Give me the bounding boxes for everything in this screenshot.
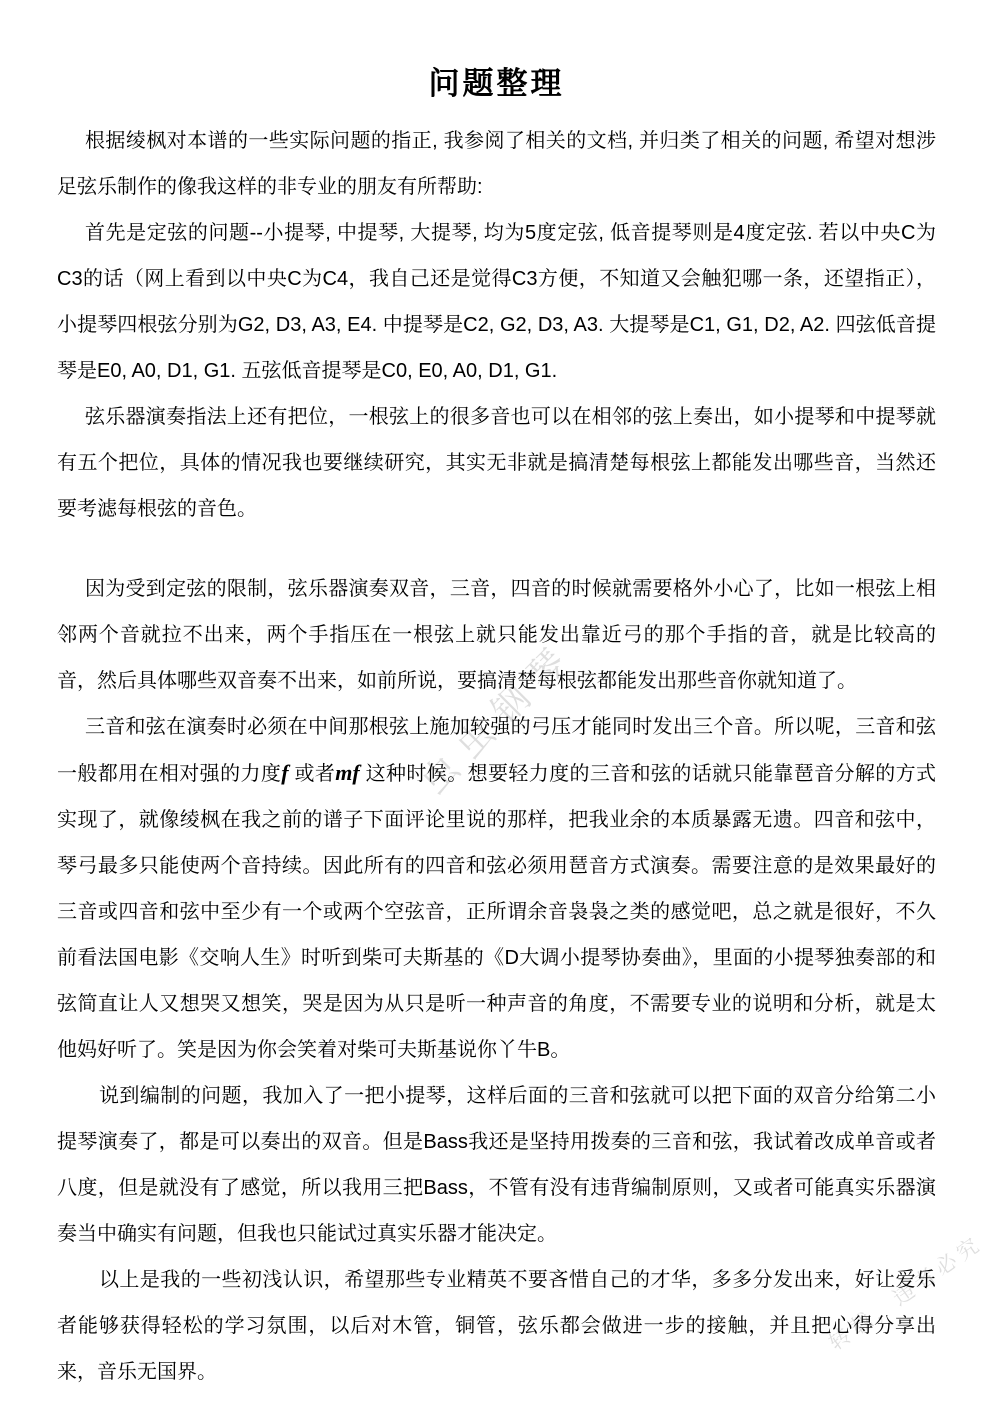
dynamic-marking: f [281, 760, 288, 785]
page-title: 问题整理 [0, 0, 993, 104]
paragraph-text: 因为受到定弦的限制，弦乐器演奏双音，三音，四音的时候就需要格外小心了，比如一根弦… [57, 578, 936, 692]
document-body: 根据绫枫对本谱的一些实际问题的指正, 我参阅了相关的文档, 并归类了相关的问题,… [57, 118, 936, 1395]
paragraph-text: 以上是我的一些初浅认识，希望那些专业精英不要吝惜自己的才华，多多分发出来，好让爱… [57, 1269, 936, 1383]
paragraph: 弦乐器演奏指法上还有把位，一根弦上的很多音也可以在相邻的弦上奏出，如小提琴和中提… [57, 394, 936, 532]
paragraph: 说到编制的问题，我加入了一把小提琴，这样后面的三音和弦就可以把下面的双音分给第二… [57, 1073, 936, 1257]
paragraph: 以上是我的一些初浅认识，希望那些专业精英不要吝惜自己的才华，多多分发出来，好让爱… [57, 1257, 936, 1395]
paragraph: 首先是定弦的问题--小提琴, 中提琴, 大提琴, 均为5度定弦, 低音提琴则是4… [57, 210, 936, 394]
paragraph-text: 说到编制的问题，我加入了一把小提琴，这样后面的三音和弦就可以把下面的双音分给第二… [57, 1085, 936, 1245]
paragraph-text: 首先是定弦的问题--小提琴, 中提琴, 大提琴, 均为5度定弦, 低音提琴则是4… [57, 222, 936, 382]
paragraph: 根据绫枫对本谱的一些实际问题的指正, 我参阅了相关的文档, 并归类了相关的问题,… [57, 118, 936, 210]
paragraph-text: 根据绫枫对本谱的一些实际问题的指正, 我参阅了相关的文档, 并归类了相关的问题,… [57, 130, 936, 198]
paragraph: 因为受到定弦的限制，弦乐器演奏双音，三音，四音的时候就需要格外小心了，比如一根弦… [57, 566, 936, 704]
document-page: 虫虫钢琴 转载，违者必究 问题整理 根据绫枫对本谱的一些实际问题的指正, 我参阅… [0, 0, 993, 1403]
paragraph-text: 或者 [289, 763, 336, 785]
dynamic-marking: mf [335, 760, 359, 785]
paragraph: 三音和弦在演奏时必须在中间那根弦上施加较强的弓压才能同时发出三个音。所以呢，三音… [57, 704, 936, 1073]
paragraph-text: 弦乐器演奏指法上还有把位，一根弦上的很多音也可以在相邻的弦上奏出，如小提琴和中提… [57, 406, 936, 520]
paragraph-text: 这种时候。想要轻力度的三音和弦的话就只能靠琶音分解的方式实现了，就像绫枫在我之前… [57, 763, 936, 1061]
